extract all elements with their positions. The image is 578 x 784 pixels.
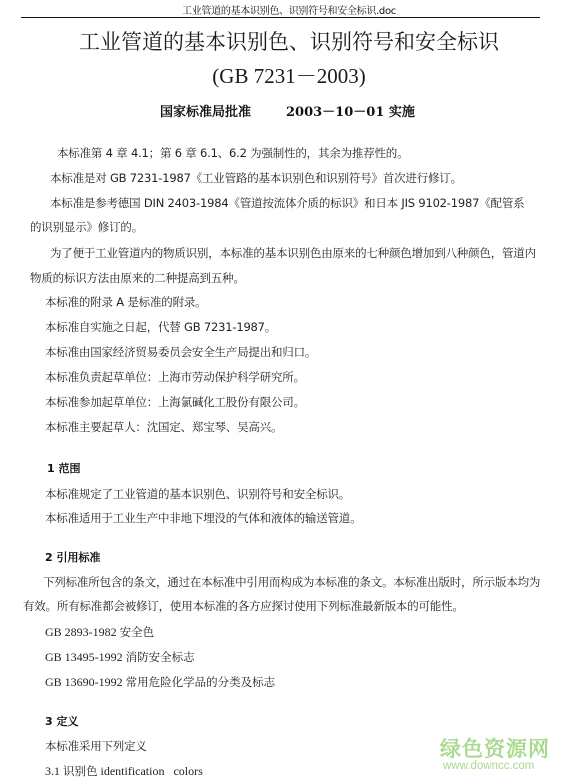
definitions-intro: 本标准采用下列定义 — [45, 738, 147, 754]
references-paragraph-line-2: 有效。所有标准都会被修订，使用本标准的各方应探讨使用下列标准最新版本的可能性。 — [23, 598, 464, 614]
standard-code: (GB 7231－2003) — [0, 60, 578, 90]
watermark-logo-text: 绿色资源网 — [440, 733, 550, 763]
definition-term-zh: 识别色 — [63, 764, 98, 778]
section-heading-scope: 1 范围 — [47, 460, 80, 476]
document-filename: 工业管道的基本识别色、识别符号和安全标识.doc — [0, 2, 578, 17]
intro-line-drafting-unit: 本标准负责起草单位：上海市劳动保护科学研究所。 — [45, 369, 305, 385]
reference-name: 常用危险化学品的分类及标志 — [126, 675, 276, 689]
reference-code: GB 13690-1992 — [45, 675, 123, 689]
scope-line-2: 本标准适用于工业生产中非地下埋没的气体和液体的输送管道。 — [45, 510, 361, 526]
intro-line-reference: 本标准是参考德国 DIN 2403-1984《管道按流体介质的标识》和日本 JI… — [50, 195, 524, 211]
reference-code: GB 2893-1982 — [45, 625, 117, 639]
intro-line-participating-unit: 本标准参加起草单位：上海氯碱化工股份有限公司。 — [45, 394, 305, 410]
reference-name: 消防安全标志 — [126, 650, 195, 664]
references-paragraph-line-1: 下列标准所包含的条文，通过在本标准中引用而构成为本标准的条文。本标准出版时，所示… — [43, 574, 540, 590]
approval-org: 国家标准局批准 — [160, 101, 251, 120]
reference-code: GB 13495-1992 — [45, 650, 123, 664]
reference-item: GB 13690-1992 常用危险化学品的分类及标志 — [45, 674, 275, 690]
definition-item-identification-colors: 3.1 识别色 identification colors — [45, 763, 203, 779]
intro-line-reference-cont: 的识别显示》修订的。 — [30, 219, 143, 235]
section-heading-definitions: 3 定义 — [45, 713, 78, 729]
intro-line-drafters: 本标准主要起草人：沈国定、郑宝琴、吴高兴。 — [45, 419, 282, 435]
intro-line-mandatory: 本标准第 4 章 4.1；第 6 章 6.1、6.2 为强制性的，其余为推荐性的… — [57, 145, 408, 161]
intro-line-purpose: 为了便于工业管道内的物质识别，本标准的基本识别色由原来的七种颜色增加到八种颜色，… — [50, 245, 536, 261]
intro-line-purpose-cont: 物质的标识方法由原来的二种提高到五种。 — [30, 270, 245, 286]
intro-line-appendix: 本标准的附录 A 是标准的附录。 — [45, 294, 206, 310]
intro-line-proposer: 本标准由国家经济贸易委员会安全生产局提出和归口。 — [45, 344, 316, 360]
header-divider — [21, 17, 540, 18]
scope-line-1: 本标准规定了工业管道的基本识别色、识别符号和安全标识。 — [45, 486, 350, 502]
effective-date: 2003－10－01 实施 — [286, 101, 415, 120]
approval-line: 国家标准局批准 2003－10－01 实施 — [0, 101, 578, 121]
document-title: 工业管道的基本识别色、识别符号和安全标识 — [0, 26, 578, 56]
definition-number: 3.1 — [45, 764, 60, 778]
reference-name: 安全色 — [120, 625, 155, 639]
intro-line-revision: 本标准是对 GB 7231-1987《工业管路的基本识别色和识别符号》首次进行修… — [50, 170, 462, 186]
section-heading-normative-references: 2 引用标准 — [45, 549, 100, 565]
intro-line-replaces: 本标准自实施之日起，代替 GB 7231-1987。 — [45, 319, 276, 335]
reference-item: GB 13495-1992 消防安全标志 — [45, 649, 195, 665]
reference-item: GB 2893-1982 安全色 — [45, 624, 154, 640]
definition-term-en: identification colors — [101, 764, 203, 778]
watermark-url: www.downcc.com — [443, 760, 534, 772]
